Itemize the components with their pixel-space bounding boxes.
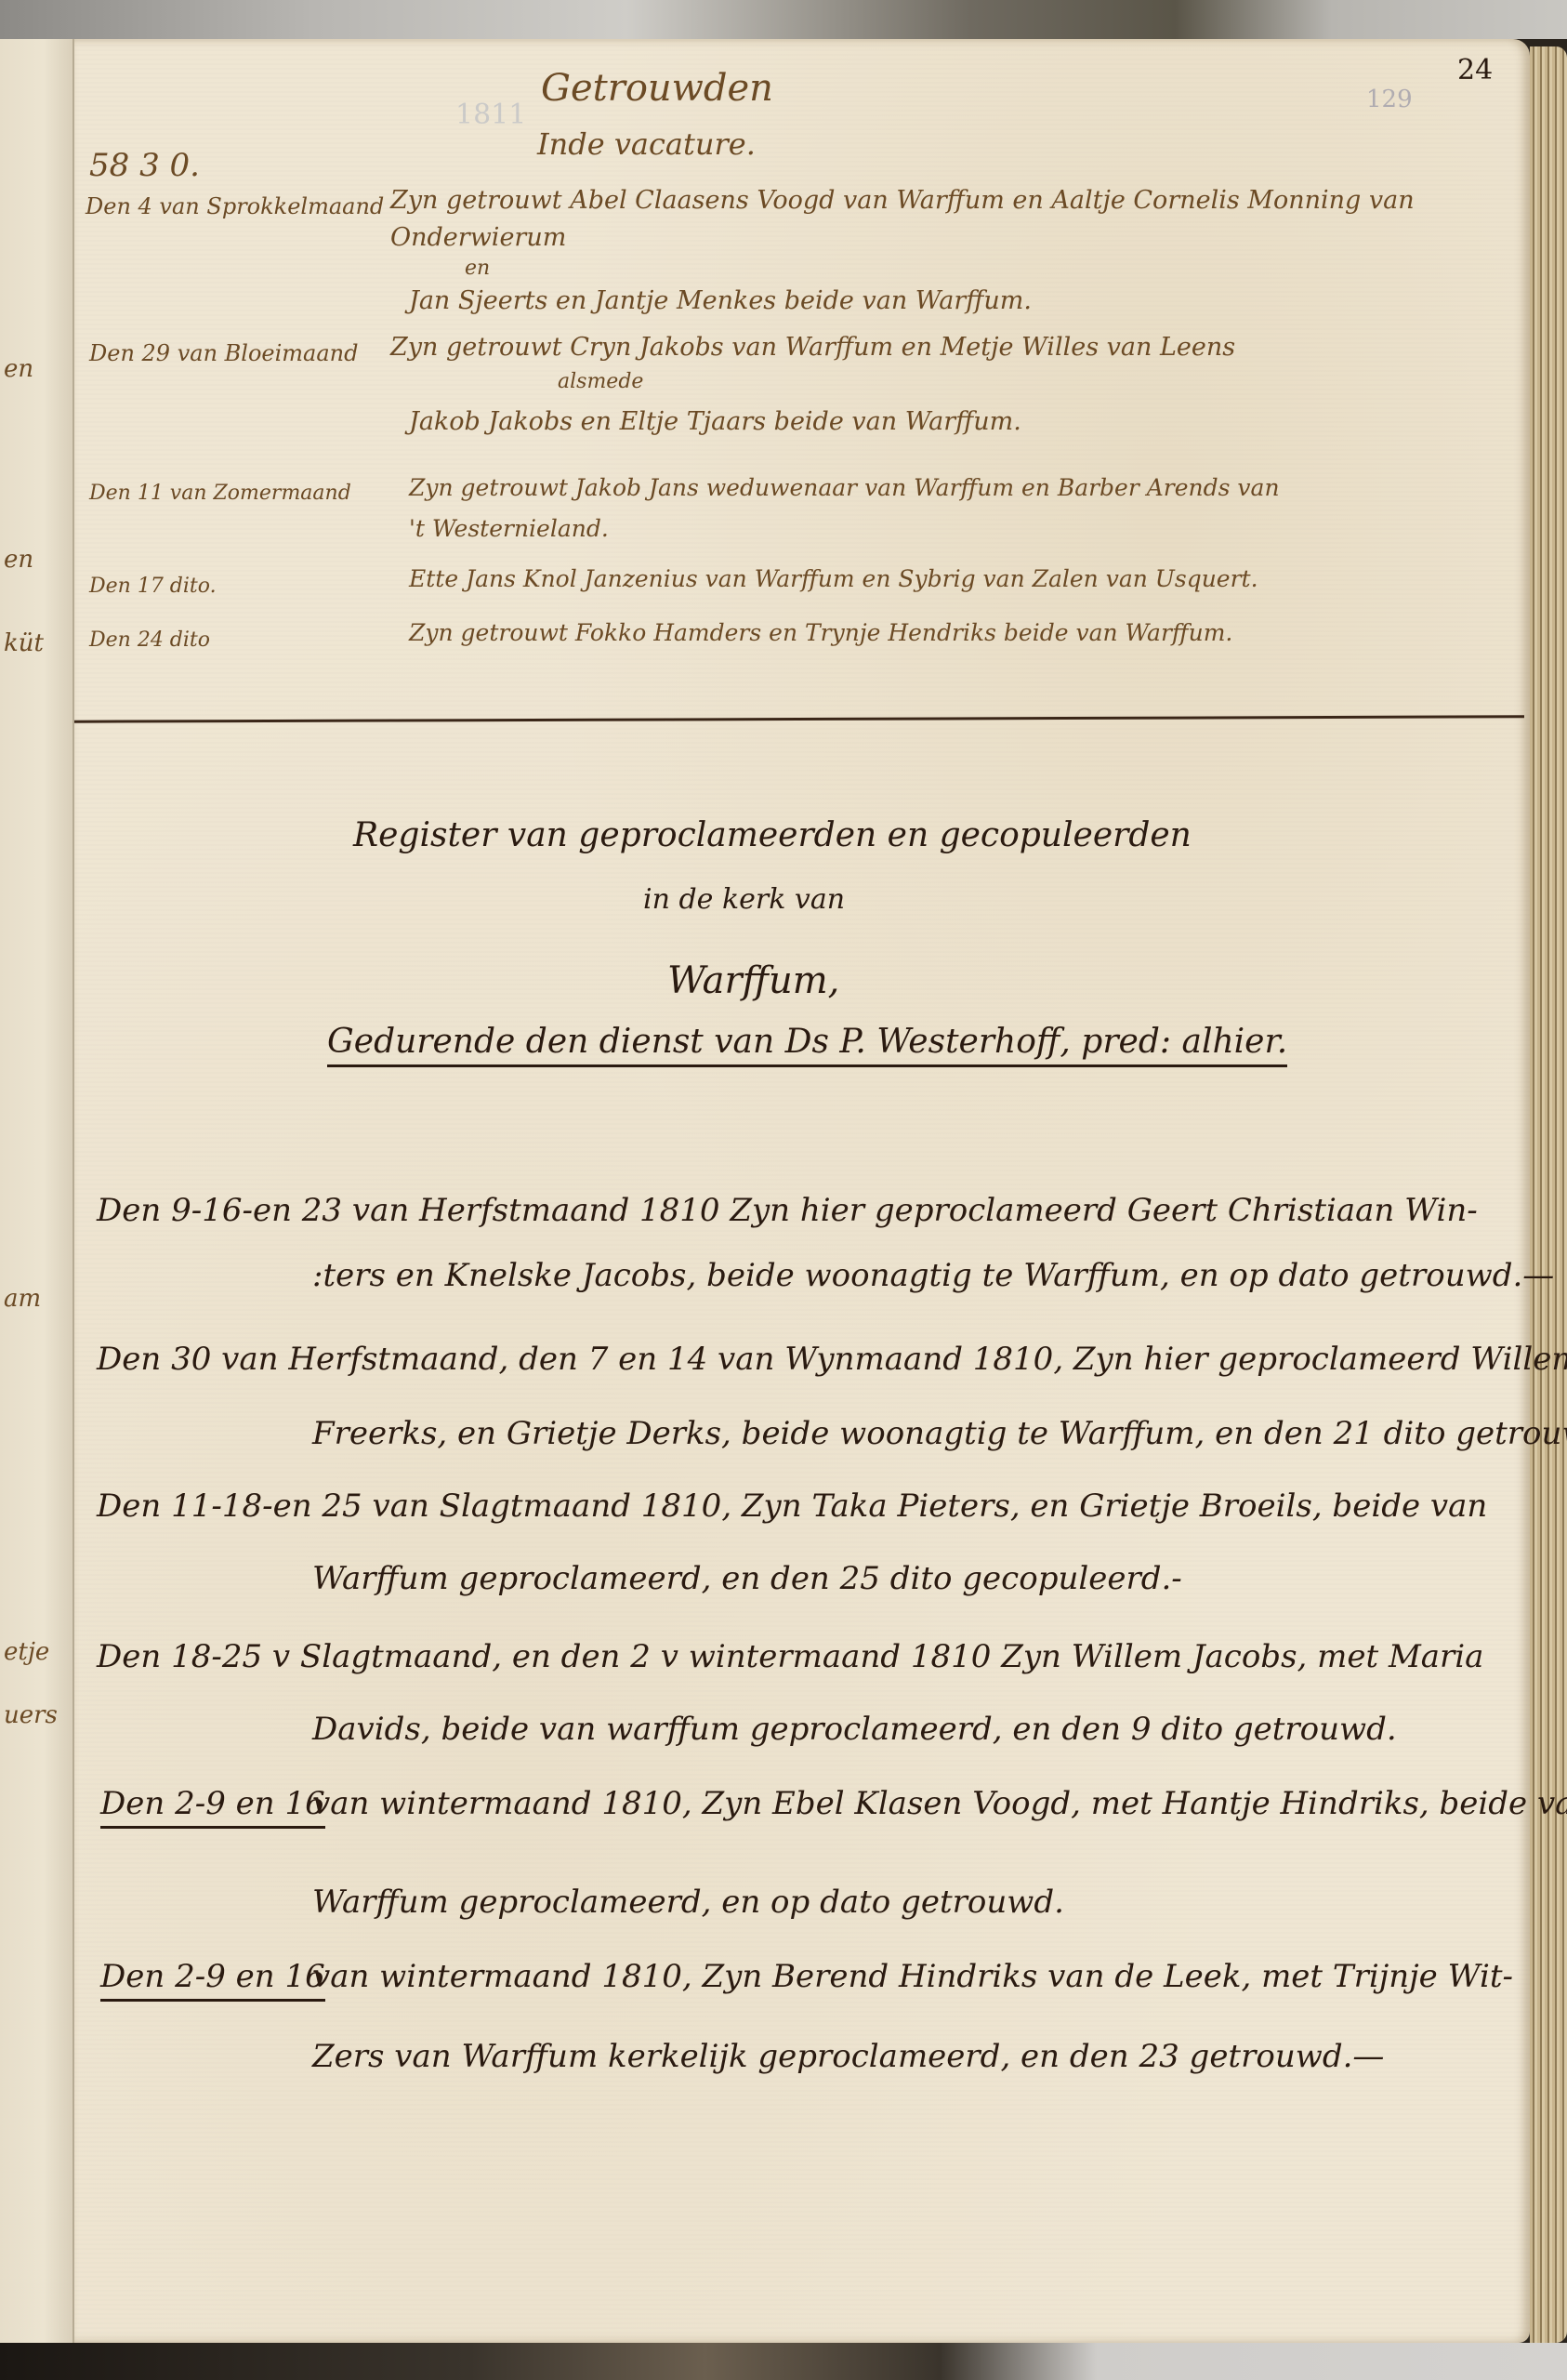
entry-text: Jan Sjeerts en Jantje Menkes beide van W… [409, 286, 1032, 315]
entry-text: Zyn getrouwt Abel Claasens Voogd van War… [390, 186, 1415, 215]
register-entry-line: Den 30 van Herfstmaand, den 7 en 14 van … [97, 1341, 1567, 1378]
year-code: 58 3 0. [89, 147, 200, 184]
register-title-line2: in de kerk van [643, 883, 845, 916]
entry-text: Zyn getrouwt Cryn Jakobs van Warffum en … [390, 333, 1235, 362]
register-entry-line: Davids, beide van warffum geproclameerd,… [312, 1711, 1397, 1748]
margin-fragment: en [4, 355, 33, 383]
entry-date: Den 4 van Sprokkelmaand [86, 193, 384, 219]
page-number: 24 [1457, 54, 1493, 86]
entry-date: Den 17 dito. [89, 575, 217, 598]
register-entry-line: Warffum geproclameerd, en op dato getrou… [312, 1884, 1064, 1921]
register-title: Register van geproclameerden en gecopule… [353, 816, 1192, 854]
section-subheading: Inde vacature. [537, 126, 756, 162]
scanner-background-top [0, 0, 1567, 39]
old-page-number: 129 [1366, 86, 1413, 113]
register-subtitle: Gedurende den dienst van Ds P. Westerhof… [327, 1023, 1287, 1067]
entry-text: Onderwierum [390, 223, 566, 252]
margin-fragment: uers [4, 1701, 58, 1729]
register-entry-line: Den 18-25 v Slagtmaand, en den 2 v winte… [97, 1638, 1483, 1675]
page-stack-edge [1530, 46, 1567, 2343]
entry-text: 't Westernieland. [409, 515, 609, 542]
scanner-background-bottom [0, 2343, 1567, 2380]
register-entry-line: :ters en Knelske Jacobs, beide woonagtig… [312, 1257, 1554, 1294]
margin-fragment: am [4, 1285, 41, 1313]
register-entry-line: van wintermaand 1810, Zyn Berend Hindrik… [312, 1958, 1513, 1995]
entry-date: Den 29 van Bloeimaand [89, 340, 359, 366]
register-entry-line: van wintermaand 1810, Zyn Ebel Klasen Vo… [312, 1785, 1567, 1822]
margin-fragment: en [4, 546, 33, 574]
entry-date: Den 24 dito [89, 628, 210, 652]
entry-connector: en [465, 257, 490, 280]
entry-text: Zyn getrouwt Jakob Jans weduwenaar van W… [409, 474, 1280, 501]
register-entry-line: Den 11-18-en 25 van Slagtmaand 1810, Zyn… [97, 1487, 1487, 1525]
register-entry-date: Den 2-9 en 16 [100, 1958, 325, 2002]
entry-connector: alsmede [558, 370, 643, 393]
register-entry-line: Warffum geproclameerd, en den 25 dito ge… [312, 1560, 1182, 1597]
entry-date: Den 11 van Zomermaand [89, 482, 351, 505]
entry-text: Zyn getrouwt Fokko Hamders en Trynje Hen… [409, 619, 1232, 646]
section-heading: Getrouwden [541, 67, 773, 110]
register-entry-line: Den 9-16-en 23 van Herfstmaand 1810 Zyn … [97, 1192, 1478, 1229]
margin-fragment: etje [4, 1638, 49, 1666]
entry-text: Jakob Jakobs en Eltje Tjaars beide van W… [409, 407, 1021, 436]
register-entry-line: Freerks, en Grietje Derks, beide woonagt… [312, 1415, 1567, 1452]
facing-page-edge: en en küt am etje uers [0, 39, 75, 2345]
entry-text: Ette Jans Knol Janzenius van Warffum en … [409, 565, 1258, 592]
register-entry-date: Den 2-9 en 16 [100, 1785, 325, 1829]
faint-year-bleedthrough: 1811 [455, 99, 526, 131]
register-entry-line: Zers van Warffum kerkelijk geproclameerd… [312, 2038, 1384, 2075]
register-place: Warffum, [667, 959, 839, 1002]
margin-fragment: küt [4, 629, 44, 657]
